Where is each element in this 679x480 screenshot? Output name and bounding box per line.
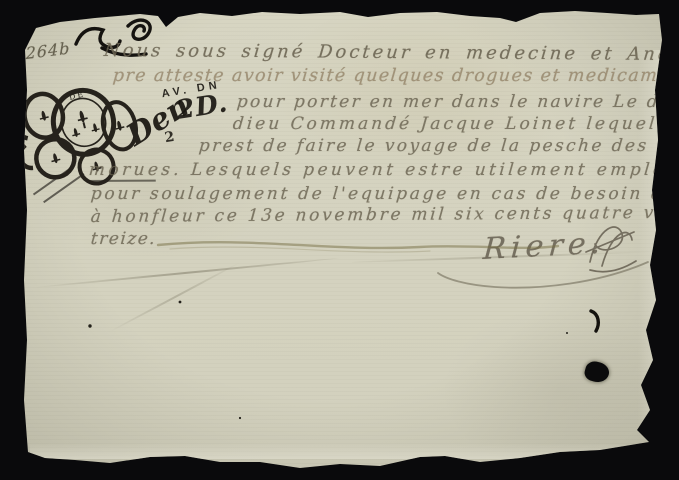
manuscript-line: Nous sous signé Docteur en medecine et A… — [103, 40, 679, 65]
photograph-backdrop: 264b — [0, 0, 679, 480]
signature-paraph — [578, 214, 642, 276]
paper-crease — [108, 261, 241, 333]
paper-hole — [583, 359, 611, 385]
torn-edge-bottom — [30, 443, 630, 459]
manuscript-line: treize. — [90, 229, 157, 249]
manuscript-line: morues. Lesquels peuvent estre utilement… — [88, 160, 679, 180]
paper-crease — [31, 257, 340, 289]
manuscript-line: pre atteste avoir visité quelques drogue… — [112, 66, 679, 86]
manuscript-line: dieu Commandé Jacque Loinet lequel est — [232, 114, 679, 134]
manuscript-line: pour soulagement de l'equipage en cas de… — [90, 184, 679, 204]
manuscript-paper: 264b — [0, 0, 679, 480]
manuscript-line: prest de faire le voyage de la pesche de… — [198, 136, 649, 156]
manuscript-line: pour porter en mer dans le navire Le don — [236, 92, 679, 112]
